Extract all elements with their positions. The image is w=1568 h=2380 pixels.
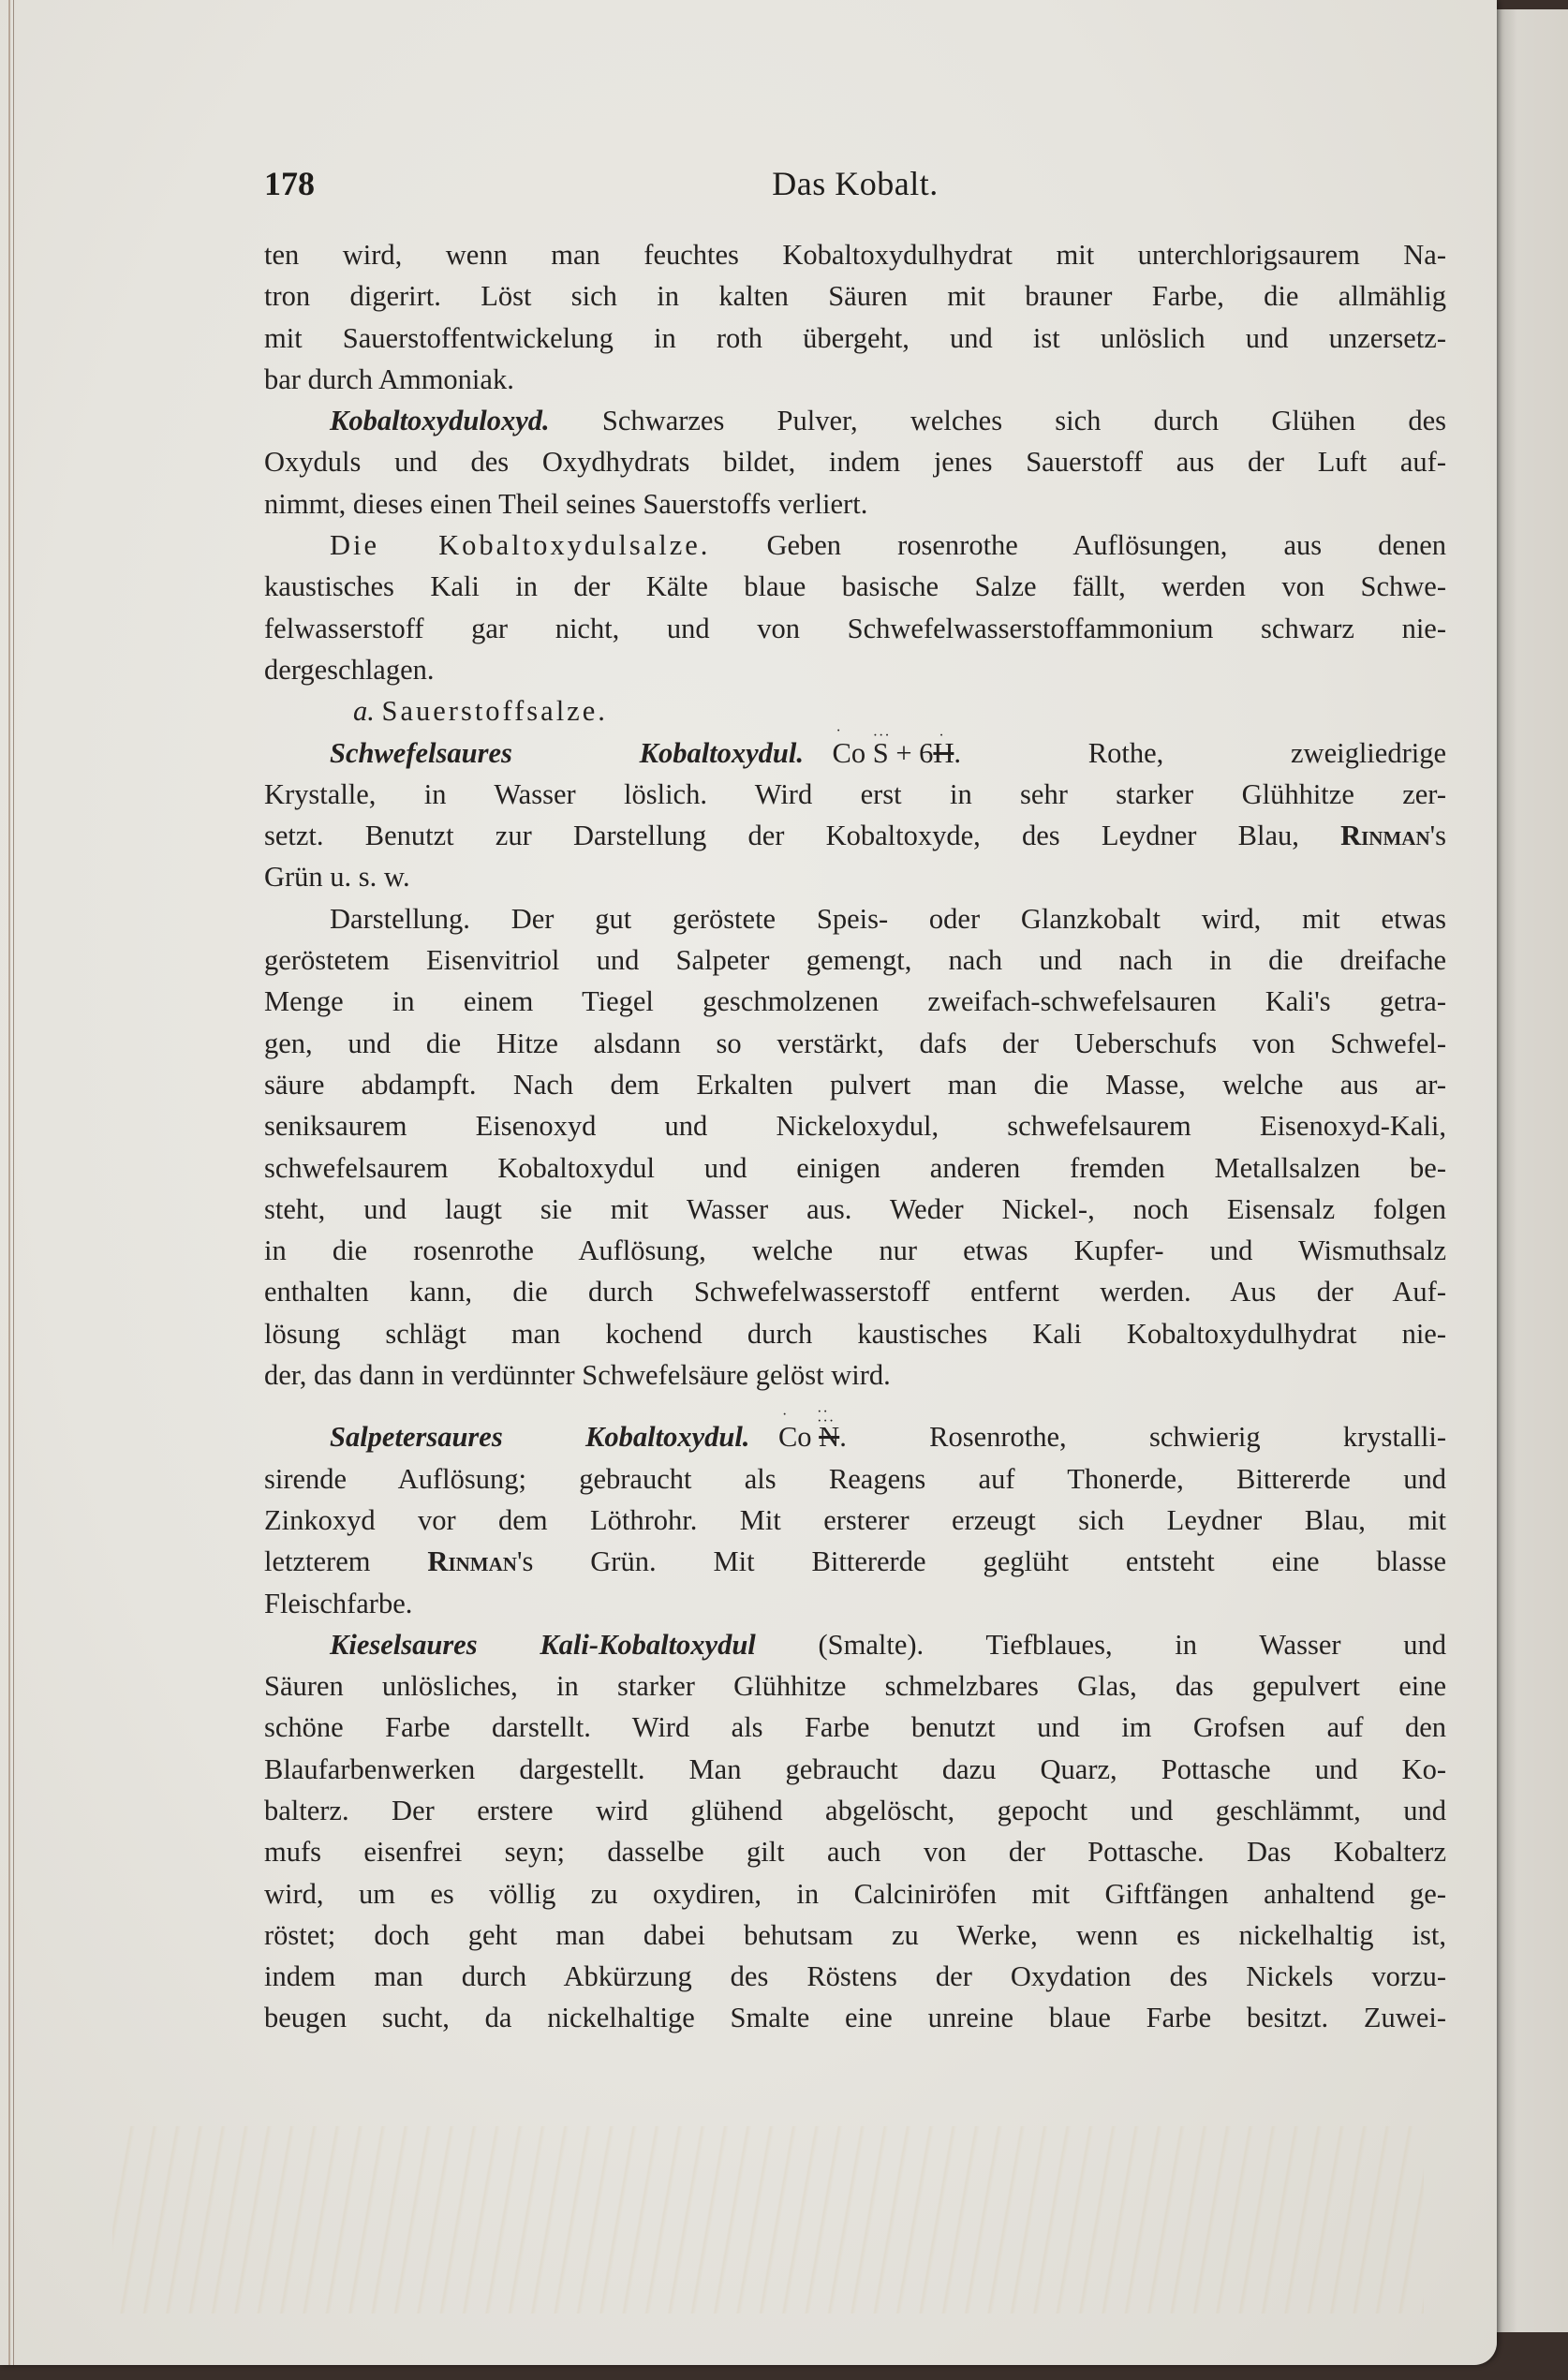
text-line: letzterem Rinman's Grün. Mit Bittererde … xyxy=(264,1541,1446,1582)
book-page: 178 Das Kobalt. ten wird, wenn man feuch… xyxy=(0,0,1497,2365)
text-line: gen, und die Hitze alsdann so verstärkt,… xyxy=(264,1023,1446,1064)
text-line: indem man durch Abkürzung des Röstens de… xyxy=(264,1956,1446,1997)
text-line: der, das dann in verdünnter Schwefelsäur… xyxy=(264,1354,1446,1396)
entry-heading: Kieselsaures Kali-Kobaltoxydul xyxy=(330,1629,756,1661)
text-line: Oxyduls und des Oxydhydrats bildet, inde… xyxy=(264,441,1446,482)
text-line: in die rosenrothe Auflösung, welche nur … xyxy=(264,1230,1446,1271)
entry-heading: Die Kobaltoxydulsalze. xyxy=(330,529,710,561)
text-line: Zinkoxyd vor dem Löthrohr. Mit ersterer … xyxy=(264,1500,1446,1541)
paragraph-schwefelsaures-kobaltoxydul: Schwefelsaures Kobaltoxydul. ·Co ···S + … xyxy=(264,732,1446,898)
paragraph-continuation: ten wird, wenn man feuchtes Kobaltoxydul… xyxy=(264,234,1446,400)
text-line: säure abdampft. Nach dem Erkalten pulver… xyxy=(264,1064,1446,1105)
text-line: Schwefelsaures Kobaltoxydul. ·Co ···S + … xyxy=(264,732,1446,774)
show-through-handwriting xyxy=(112,2126,1424,2313)
body-text: ten wird, wenn man feuchtes Kobaltoxydul… xyxy=(264,234,1446,2039)
paragraph-kieselsaures-kali-kobaltoxydul: Kieselsaures Kali-Kobaltoxydul (Smalte).… xyxy=(264,1624,1446,2039)
text-line: mit Sauerstoffentwickelung in roth überg… xyxy=(264,318,1446,359)
text-line: tron digerirt. Löst sich in kalten Säure… xyxy=(264,275,1446,317)
text-line: enthalten kann, die durch Schwefelwasser… xyxy=(264,1271,1446,1312)
text-line: setzt. Benutzt zur Darstellung der Kobal… xyxy=(264,815,1446,856)
text-line: sirende Auflösung; gebraucht als Reagens… xyxy=(264,1458,1446,1500)
chemical-formula: ·Co ·····N. xyxy=(778,1416,847,1457)
text-line: Kieselsaures Kali-Kobaltoxydul (Smalte).… xyxy=(264,1624,1446,1665)
person-name: Rinman xyxy=(427,1545,517,1577)
text-line: Darstellung. Der gut geröstete Speis- od… xyxy=(264,898,1446,939)
text-line: ten wird, wenn man feuchtes Kobaltoxydul… xyxy=(264,234,1446,275)
running-title: Das Kobalt. xyxy=(264,164,1446,203)
text-line: bar durch Ammoniak. xyxy=(264,359,1446,400)
text-line: Salpetersaures Kobaltoxydul. ·Co ·····N.… xyxy=(264,1416,1446,1457)
text-line: seniksaurem Eisenoxyd und Nickeloxydul, … xyxy=(264,1105,1446,1146)
entry-heading: Schwefelsaures Kobaltoxydul. xyxy=(330,737,804,769)
text-line: kaustisches Kali in der Kälte blaue basi… xyxy=(264,566,1446,607)
text-line: steht, und laugt sie mit Wasser aus. Wed… xyxy=(264,1189,1446,1230)
section-label: a. xyxy=(353,695,375,727)
entry-heading: Kobaltoxyduloxyd. xyxy=(330,405,550,436)
entry-heading: Salpetersaures Kobaltoxydul. xyxy=(330,1421,749,1453)
text-line: mufs eisenfrei seyn; dasselbe gilt auch … xyxy=(264,1831,1446,1872)
text-line: balterz. Der erstere wird glühend abgelö… xyxy=(264,1790,1446,1831)
text-line: schöne Farbe darstellt. Wird als Farbe b… xyxy=(264,1707,1446,1748)
text-line: lösung schlägt man kochend durch kaustis… xyxy=(264,1313,1446,1354)
text-line: nimmt, dieses einen Theil seines Sauerst… xyxy=(264,483,1446,525)
text-line: röstet; doch geht man dabei behutsam zu … xyxy=(264,1914,1446,1956)
running-head: 178 Das Kobalt. xyxy=(264,164,1446,211)
person-name: Rinman xyxy=(1340,820,1430,851)
text-line: Kobaltoxyduloxyd. Schwarzes Pulver, welc… xyxy=(264,400,1446,441)
text-line: Die Kobaltoxydulsalze. Geben rosenrothe … xyxy=(264,525,1446,566)
text-line: Blaufarbenwerken dargestellt. Man gebrau… xyxy=(264,1749,1446,1790)
text-line: Fleischfarbe. xyxy=(264,1583,1446,1624)
text-line: Krystalle, in Wasser löslich. Wird erst … xyxy=(264,774,1446,815)
paragraph-kobaltoxydulsalze: Die Kobaltoxydulsalze. Geben rosenrothe … xyxy=(264,525,1446,690)
text-line: felwasserstoff gar nicht, und von Schwef… xyxy=(264,608,1446,649)
text-line: Menge in einem Tiegel geschmolzenen zwei… xyxy=(264,981,1446,1022)
next-page-edge xyxy=(1489,9,1568,2332)
text-line: schwefelsaurem Kobaltoxydul und einigen … xyxy=(264,1147,1446,1189)
text-line: geröstetem Eisenvitriol und Salpeter gem… xyxy=(264,939,1446,981)
page-margin-line-inner xyxy=(13,0,14,2365)
text-line: Säuren unlösliches, in starker Glühhitze… xyxy=(264,1665,1446,1707)
text-line: beugen sucht, da nickelhaltige Smalte ei… xyxy=(264,1997,1446,2038)
chemical-formula: ·Co ···S + 6·H. xyxy=(833,732,962,774)
paragraph-salpetersaures-kobaltoxydul: Salpetersaures Kobaltoxydul. ·Co ·····N.… xyxy=(264,1416,1446,1623)
paragraph-kobaltoxyduloxyd: Kobaltoxyduloxyd. Schwarzes Pulver, welc… xyxy=(264,400,1446,525)
spacer xyxy=(264,1396,1446,1416)
section-heading: a. Sauerstoffsalze. xyxy=(264,690,1446,732)
page-margin-line xyxy=(8,0,10,2365)
paragraph-darstellung: Darstellung. Der gut geröstete Speis- od… xyxy=(264,898,1446,1397)
text-line: dergeschlagen. xyxy=(264,649,1446,690)
section-title: Sauerstoffsalze. xyxy=(382,695,608,727)
text-line: Grün u. s. w. xyxy=(264,856,1446,897)
text-line: wird, um es völlig zu oxydiren, in Calci… xyxy=(264,1873,1446,1914)
